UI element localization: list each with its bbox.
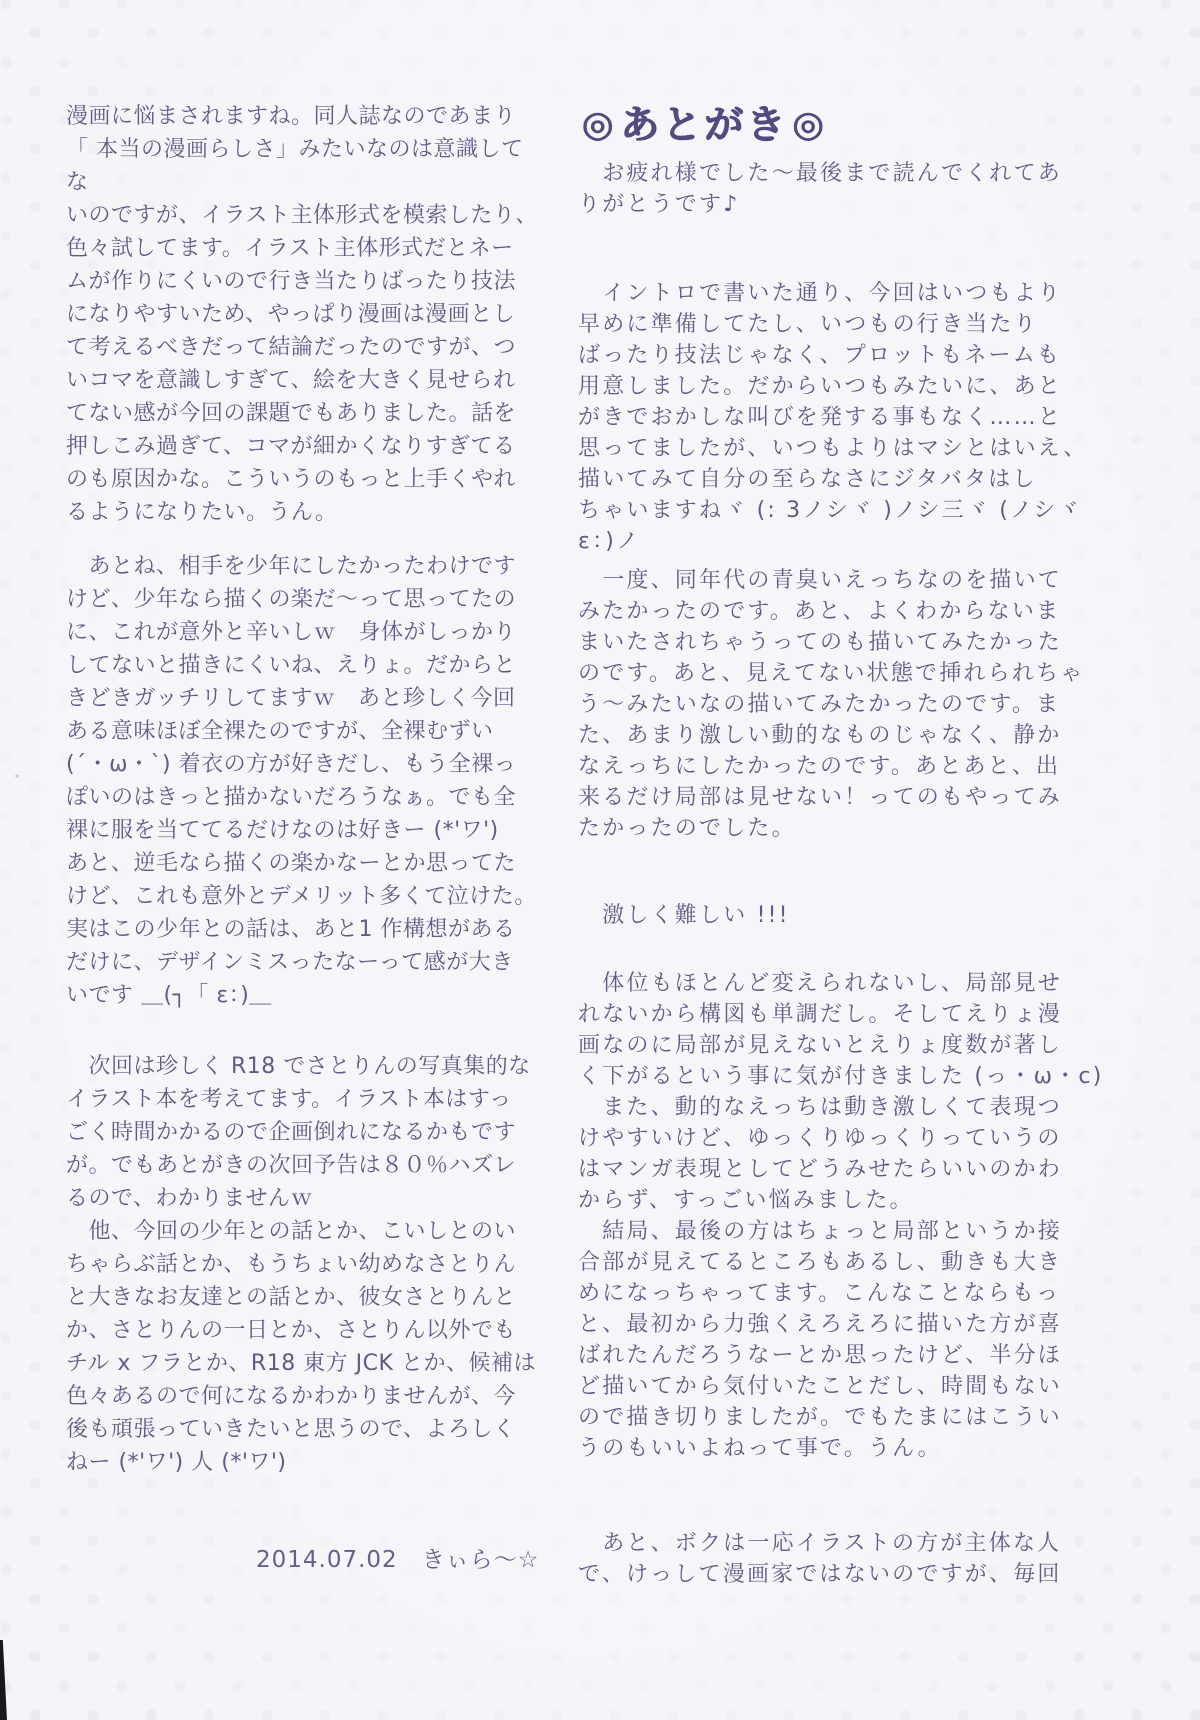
afterword-heading-text: あとがき	[620, 103, 788, 148]
paragraph: イントロで書いた通り、今回はいつもより 早めに準備してたし、いつもの行き当たり …	[578, 278, 1108, 557]
paragraph: 次回は珍しく R18 でさとりんの写真集的な イラスト本を考えてます。イラスト本…	[66, 1050, 544, 1479]
swirl-icon: ◎	[792, 104, 826, 145]
swirl-icon: ◎	[582, 104, 616, 145]
paragraph: あとね、相手を少年にしたかったわけです けど、少年なら描くの楽だ～って思ってたの…	[66, 550, 544, 1012]
paragraph: 体位もほとんど変えられないし、局部見せ れないから構図も単調だし。そしてえりょ漫…	[578, 968, 1108, 1464]
paragraph: 激しく難しい !!!	[578, 900, 1108, 931]
afterword-heading: ◎あとがき◎	[578, 94, 831, 150]
scanned-afterword-page: { "page": { "paper_color": "#f3f3f8", "i…	[0, 0, 1200, 1720]
scan-speck: ‣	[14, 770, 24, 780]
paragraph: 漫画に悩まされますね。同人誌なのであまり 「 本当の漫画らしさ」みたいなのは意識…	[66, 100, 544, 529]
paragraph: お疲れ様でした～最後まで読んでくれてあ りがとうです♪	[578, 158, 1108, 220]
paragraph: あと、ボクは一応イラストの方が主体な人 で、けっして漫画家ではないのですが、毎回	[578, 1528, 1108, 1590]
paragraph: 一度、同年代の青臭いえっちなのを描いて みたかったのです。あと、よくわからないま…	[578, 565, 1108, 844]
date-signature-line: 2014.07.02 きぃら～☆	[256, 1541, 539, 1574]
